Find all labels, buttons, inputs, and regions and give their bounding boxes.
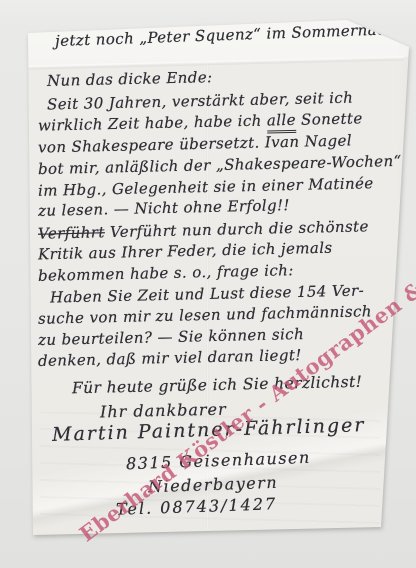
- scanned-letter: jetzt noch „Peter Squenz“ im Sommernacht…: [0, 0, 416, 568]
- letter-line: Kritik aus Ihrer Feder, die ich jemals: [38, 240, 333, 263]
- letter-line: zu lesen. — Nicht ohne Erfolg!!: [38, 197, 290, 219]
- letter-line-segment: Verführt nun durch die schönste: [105, 217, 369, 241]
- letter-closing: Für heute grüße ich Sie herzlichst!: [72, 374, 363, 398]
- paper-shadow: jetzt noch „Peter Squenz“ im Sommernacht…: [0, 0, 416, 568]
- letter-line: von Shakespeare übersetzt. Ivan Nagel: [38, 132, 352, 156]
- letter-line: Seit 30 Jahren, verstärkt aber, seit ich: [47, 90, 354, 113]
- letter-line: im Hbg., Gelegenheit sie in einer Matiné…: [38, 175, 374, 199]
- letter-line-segment: Sonette: [296, 109, 363, 129]
- struck-word: Verführt: [38, 223, 105, 243]
- letter-line: wirklich Zeit habe, habe ich alle Sonett…: [38, 110, 363, 134]
- letter-line: Nun das dicke Ende:: [47, 69, 213, 89]
- letter-line: zu beurteilen? — Sie können sich: [38, 326, 304, 349]
- letter-line: suche von mir zu lesen und fachmännisch: [38, 303, 372, 327]
- letter-line: denken, daß mir viel daran liegt!: [38, 347, 302, 369]
- letter-line-segment: wirklich Zeit habe, habe ich: [38, 111, 267, 134]
- letter-paper: jetzt noch „Peter Squenz“ im Sommernacht…: [0, 0, 416, 568]
- underlined-word: alle: [267, 111, 297, 134]
- letter-valediction: Ihr dankbarer: [100, 401, 227, 421]
- letter-line: bekommen habe s. o., frage ich:: [38, 262, 294, 284]
